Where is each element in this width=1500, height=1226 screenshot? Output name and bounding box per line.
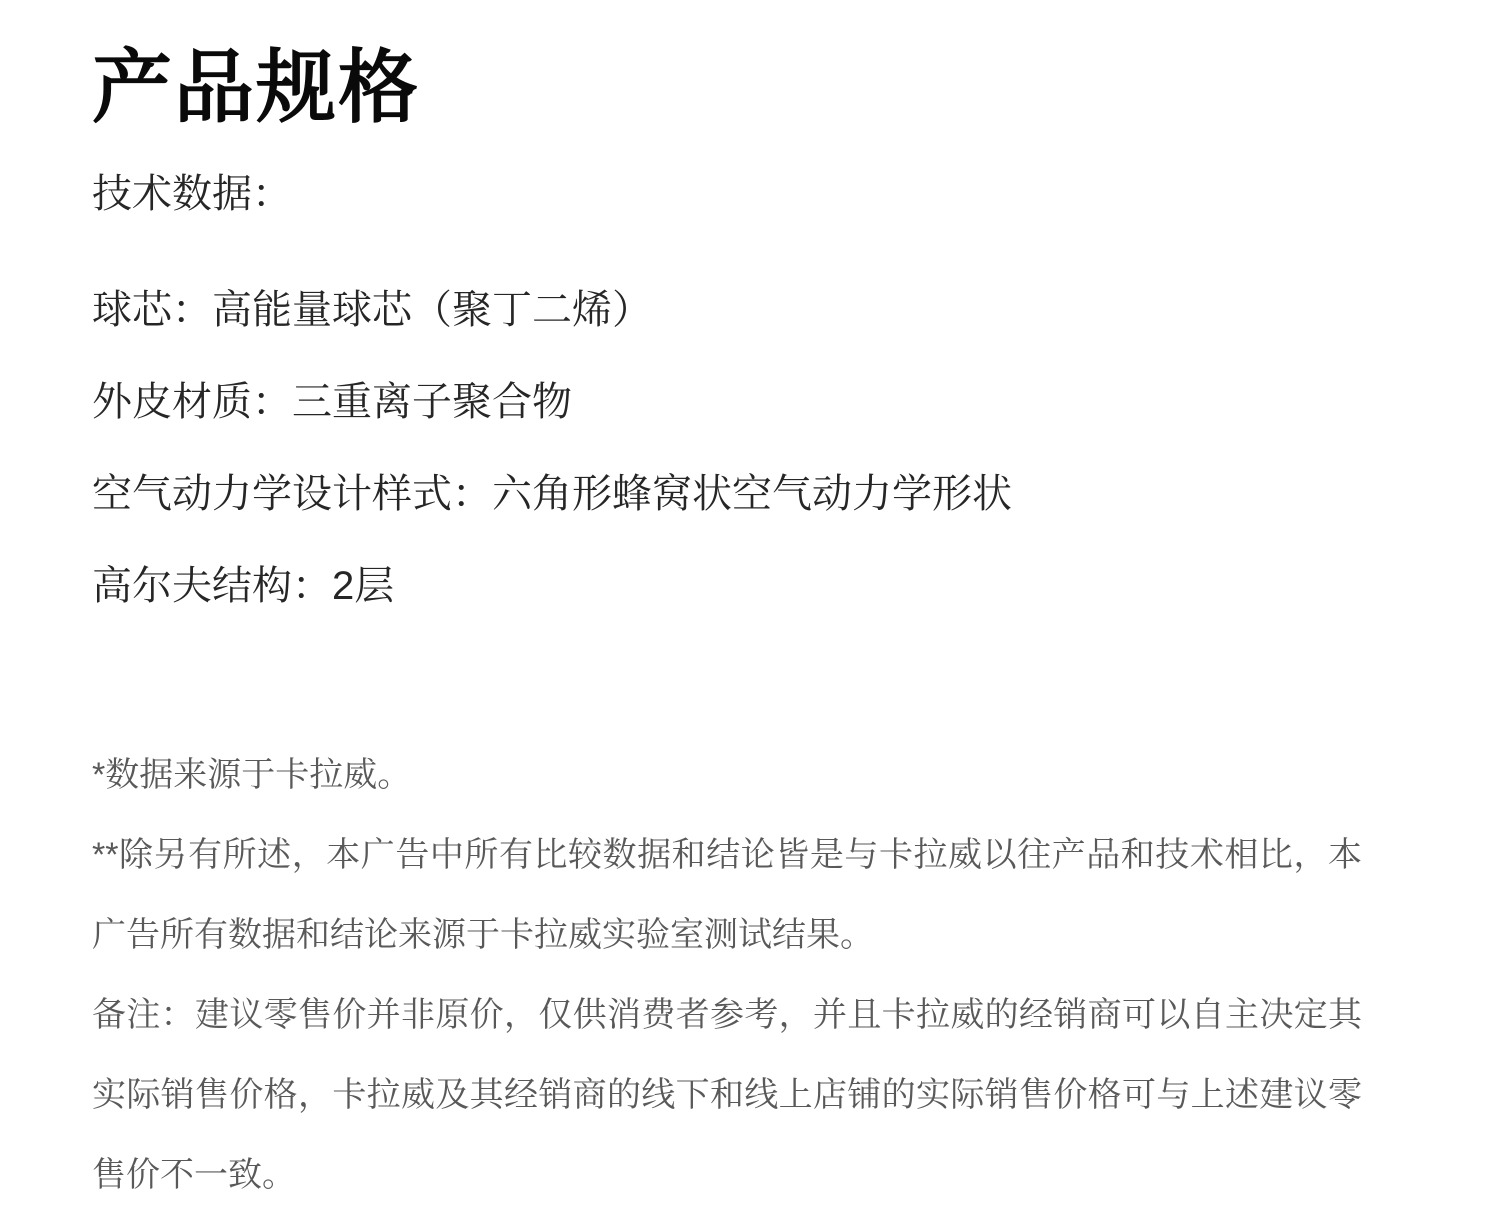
product-spec-page: 产品规格 技术数据： 球芯：高能量球芯（聚丁二烯） 外皮材质：三重离子聚合物 空… xyxy=(0,0,1500,1226)
tech-data-label: 技术数据： xyxy=(92,166,1362,222)
footnotes-section: *数据来源于卡拉威。 **除另有所述，本广告中所有比较数据和结论皆是与卡拉威以往… xyxy=(92,735,1362,1215)
footnote-data-source: *数据来源于卡拉威。 xyxy=(92,735,1362,815)
footnote-retail-price-note: 备注：建议零售价并非原价，仅供消费者参考，并且卡拉威的经销商可以自主决定其实际销… xyxy=(92,975,1362,1215)
spec-aero-design: 空气动力学设计样式：六角形蜂窝状空气动力学形状 xyxy=(92,448,1362,540)
spec-construction: 高尔夫结构：2层 xyxy=(92,540,1362,632)
footnote-comparison-disclaimer: **除另有所述，本广告中所有比较数据和结论皆是与卡拉威以往产品和技术相比，本广告… xyxy=(92,815,1362,975)
spec-ball-core: 球芯：高能量球芯（聚丁二烯） xyxy=(92,264,1362,356)
spec-list: 球芯：高能量球芯（聚丁二烯） 外皮材质：三重离子聚合物 空气动力学设计样式：六角… xyxy=(92,264,1362,632)
page-title: 产品规格 xyxy=(92,40,1362,136)
spec-cover-material: 外皮材质：三重离子聚合物 xyxy=(92,356,1362,448)
